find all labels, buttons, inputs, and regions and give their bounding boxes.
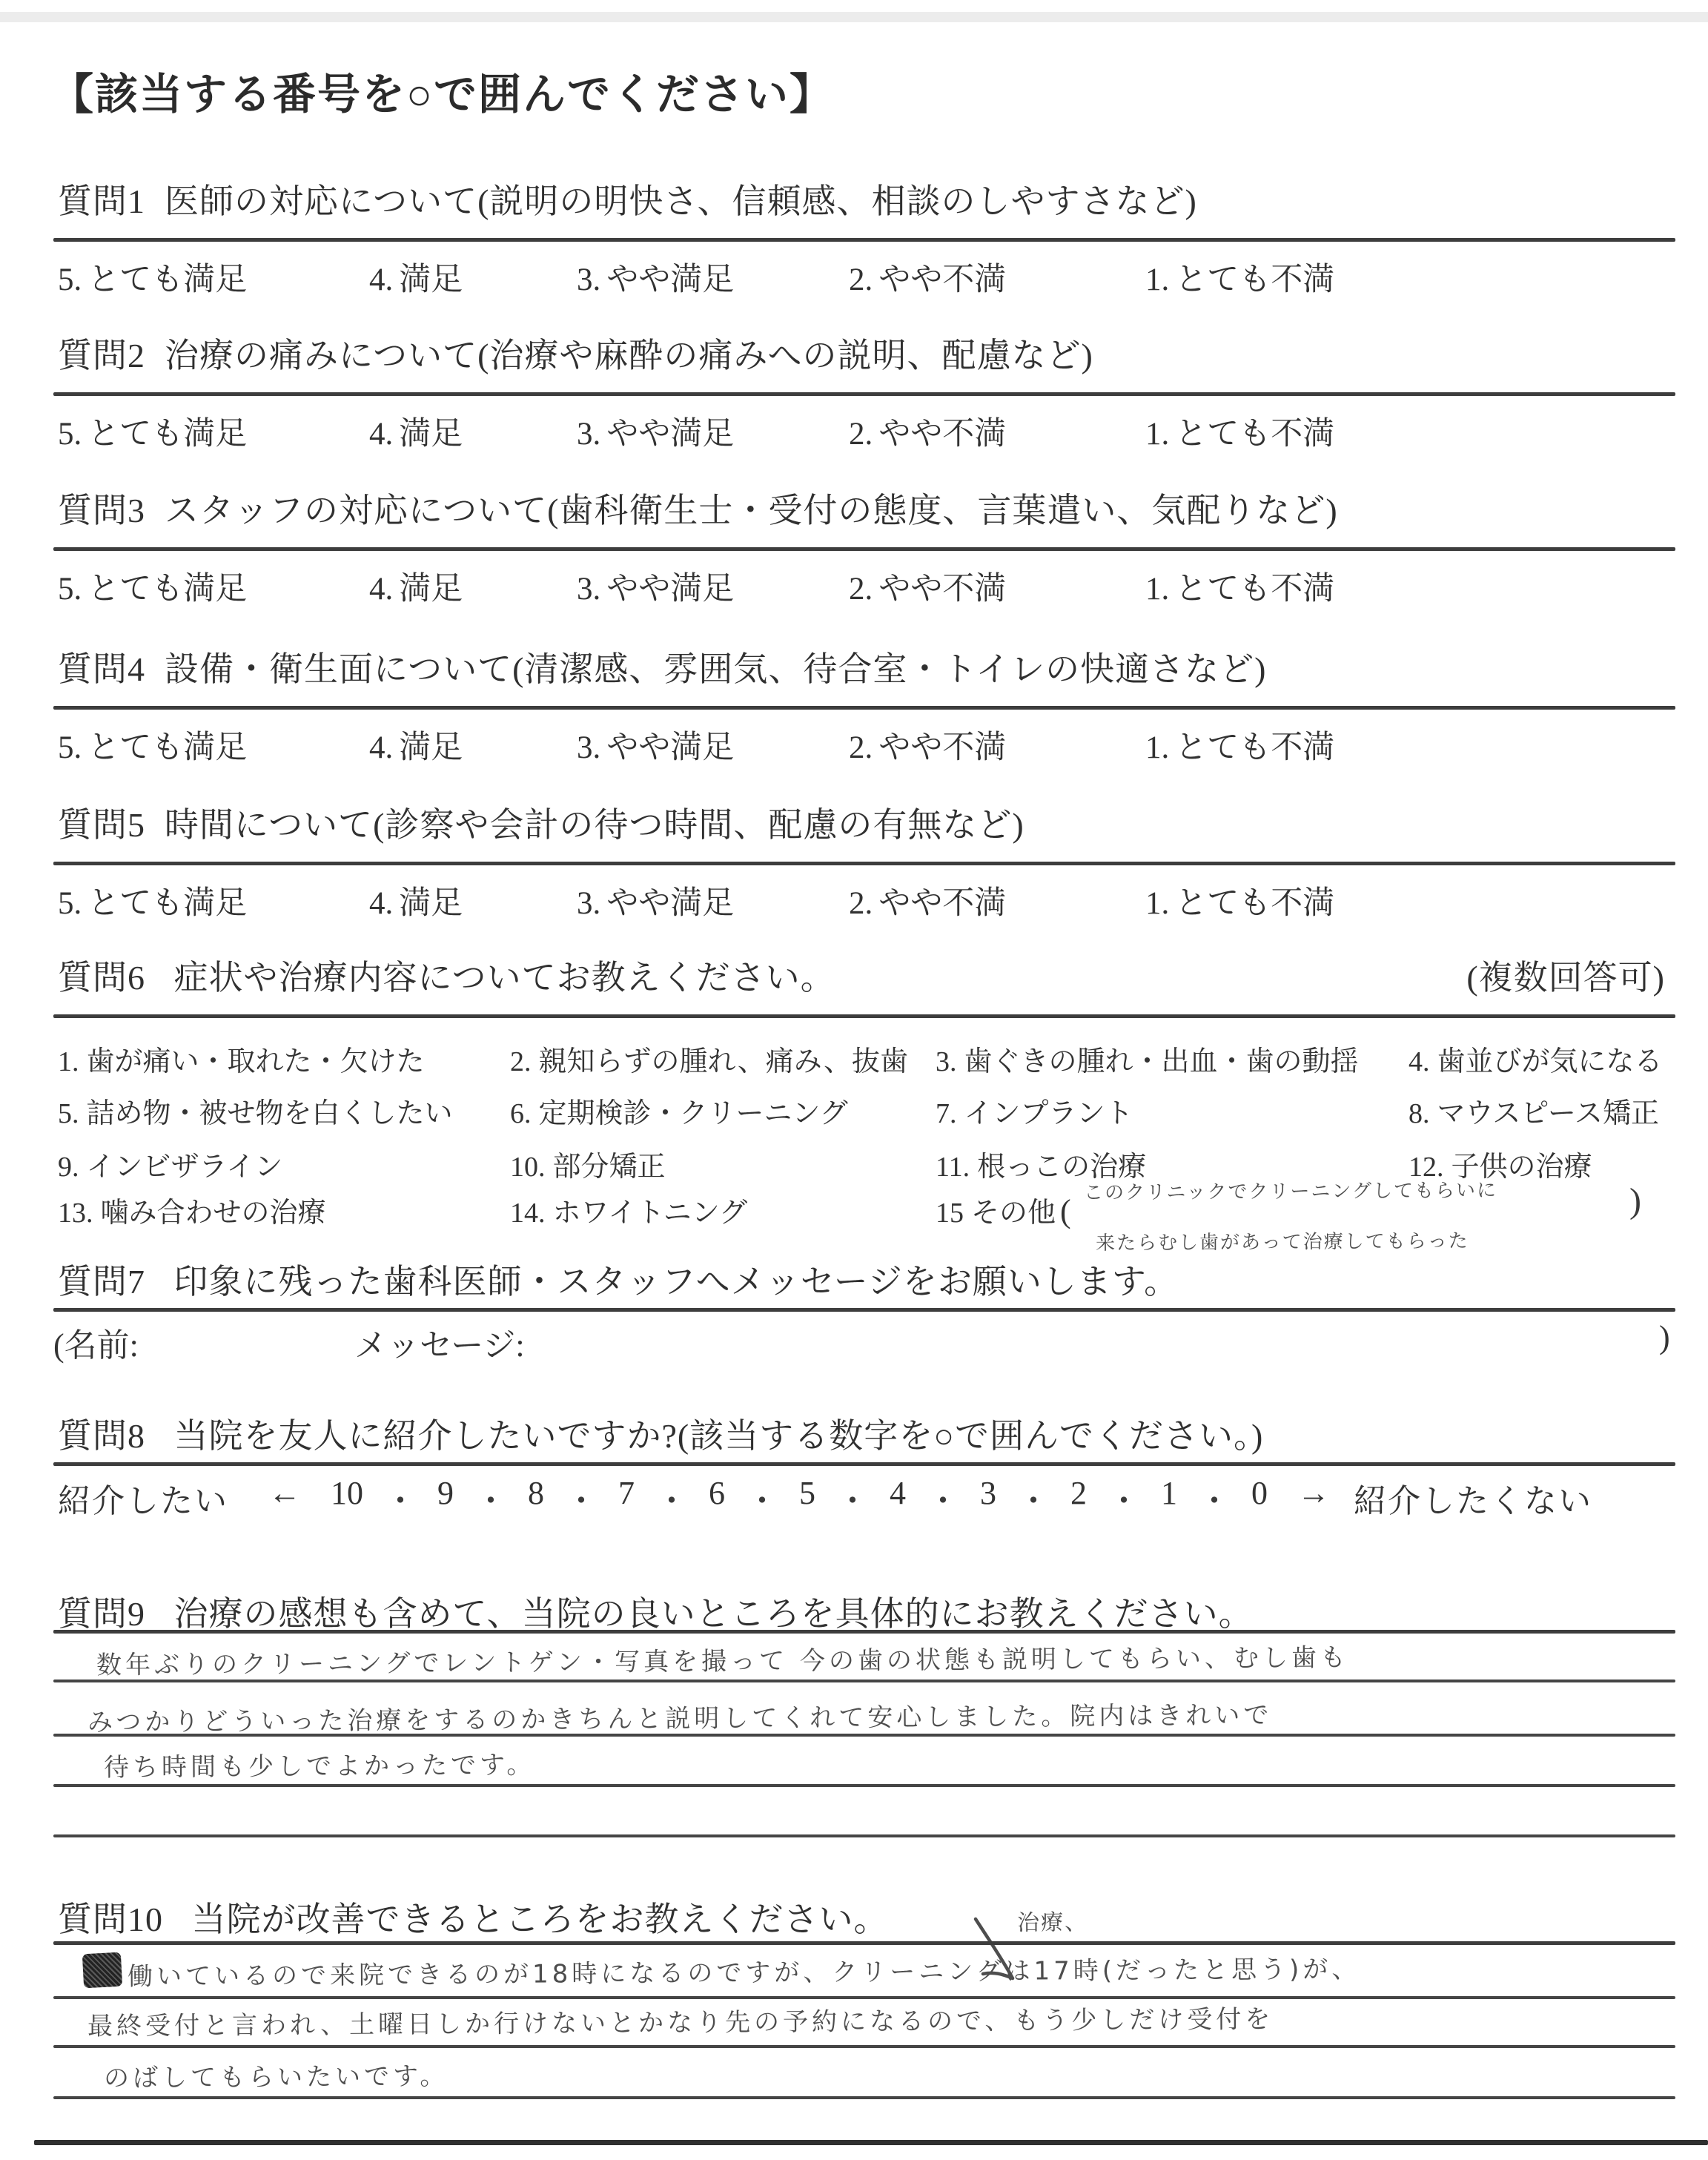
q6-item-15-label: その他 [971, 1198, 1056, 1229]
q8-separator-dot: ・ [1108, 1474, 1140, 1522]
q4-option-1-label: とても不満 [1175, 730, 1334, 765]
q8-scale-number-1: 1 [1161, 1474, 1177, 1512]
q6-item-6-label: 定期検診・クリーニング [539, 1098, 848, 1129]
q6-item-6: 6.定期検診・クリーニング [510, 1090, 848, 1131]
q8-left-label: 紹介したい [58, 1474, 228, 1522]
q2-divider [53, 392, 1675, 396]
q6-item-10-label: 部分矯正 [553, 1152, 666, 1183]
question-10-title: 当院が改善できるところをお教えください。 [192, 1900, 889, 1938]
q8-scale-number-7: 7 [618, 1474, 635, 1512]
q2-option-5: 5.とても満足 [58, 409, 247, 454]
q1-option-3-number: 3. [577, 262, 600, 298]
q10-handwritten-line-2: 最終受付と言われ、土曜日しか行けないとかなり先の予約になるので、もう少しだけ受付… [87, 1998, 1274, 2042]
q8-separator-dot: ・ [384, 1474, 417, 1522]
q8-scale-number-4: 4 [890, 1474, 906, 1512]
question-7-header: 質問7 印象に残った歯科医師・スタッフへメッセージをお願いします。 [58, 1255, 1179, 1304]
q3-option-2: 2.やや不満 [849, 564, 1006, 609]
q3-header: 質問3スタッフの対応について(歯科衛生士・受付の態度、言葉遣い、気配りなど) [58, 483, 1338, 532]
q3-option-3-number: 3. [577, 571, 600, 607]
q6-item-5-label: 詰め物・被せ物を白くしたい [87, 1098, 453, 1129]
q4-number: 質問4 [58, 650, 145, 688]
q6-item-6-number: 6. [510, 1097, 532, 1130]
q2-option-4-number: 4. [369, 416, 393, 452]
question-6-title: 症状や治療内容についてお教えください。 [174, 959, 835, 997]
q1-option-4-label: 満足 [399, 262, 463, 297]
q9-handwritten-line-1: 数年ぶりのクリーニングでレントゲン・写真を撮って 今の歯の状態も説明してもらい、… [96, 1637, 1349, 1681]
q8-separator-dot: ・ [836, 1474, 869, 1522]
question-6-number: 質問6 [58, 959, 145, 997]
q6-item-9-number: 9. [58, 1151, 79, 1183]
q6-item-1-number: 1. [58, 1046, 79, 1078]
q8-scale-number-6: 6 [709, 1474, 725, 1512]
q5-option-5-number: 5. [58, 885, 82, 922]
q6-item-14: 14.ホワイトニング [510, 1189, 747, 1230]
q2-option-5-label: とても満足 [87, 417, 247, 452]
q2-number: 質問2 [58, 337, 145, 374]
q5-option-3: 3.やや満足 [577, 878, 734, 923]
q6-other-handwriting-line-2: 来たらむし歯があって治療してもらった [1096, 1226, 1469, 1255]
q5-option-2-number: 2. [849, 885, 873, 922]
q5-header: 質問5時間について(診察や会計の待つ時間、配慮の有無など) [58, 798, 1025, 847]
q5-option-4-label: 満足 [399, 886, 463, 921]
q1-option-1: 1.とても不満 [1145, 254, 1334, 300]
q4-option-4-number: 4. [369, 730, 393, 766]
q8-scale-number-8: 8 [528, 1474, 544, 1512]
q4-title: 設備・衛生面について(清潔感、雰囲気、待合室・トイレの快適さなど) [165, 650, 1266, 688]
q6-item-8-label: マウスピース矯正 [1437, 1098, 1659, 1129]
q2-option-1-number: 1. [1145, 416, 1169, 452]
q4-option-4-label: 満足 [399, 730, 463, 765]
scanned-survey-page: 【該当する番号を○で囲んでください】 質問1医師の対応について(説明の明快さ、信… [0, 0, 1708, 2160]
q6-item-13-label: 噛み合わせの治療 [101, 1198, 326, 1229]
q6-item-1-label: 歯が痛い・取れた・欠けた [87, 1046, 425, 1077]
q3-option-2-number: 2. [849, 571, 873, 607]
q2-option-2-label: やや不満 [878, 417, 1006, 452]
q8-separator-dot: ・ [1017, 1474, 1050, 1522]
q8-scale-number-9: 9 [437, 1474, 454, 1512]
q5-number: 質問5 [58, 806, 145, 844]
q1-option-2-label: やや不満 [878, 262, 1006, 297]
q8-separator-dot: ・ [655, 1474, 688, 1522]
q5-option-1-label: とても不満 [1175, 886, 1334, 921]
q1-option-4: 4.満足 [369, 254, 463, 300]
q1-option-3: 3.やや満足 [577, 254, 734, 300]
q6-item-8-number: 8. [1409, 1097, 1430, 1130]
q3-option-3: 3.やや満足 [577, 564, 734, 609]
q4-option-4: 4.満足 [369, 722, 463, 767]
q6-item-9: 9.インビザライン [58, 1143, 282, 1184]
q6-other-handwriting-line-1: このクリニックでクリーニングしてもらいに [1084, 1175, 1497, 1205]
q3-option-1-label: とても不満 [1175, 572, 1334, 607]
q1-option-5-label: とても満足 [87, 262, 247, 297]
q4-option-5-number: 5. [58, 730, 82, 766]
q7-message-label: メッセージ: [354, 1318, 525, 1366]
q6-item-2-number: 2. [510, 1046, 532, 1078]
q3-divider [53, 547, 1675, 551]
q8-scale-number-0: 0 [1251, 1474, 1268, 1512]
q1-header: 質問1医師の対応について(説明の明快さ、信頼感、相談のしやすさなど) [58, 174, 1197, 223]
q2-option-1-label: とても不満 [1175, 417, 1334, 452]
q9-answer-line-rule-4 [53, 1834, 1675, 1837]
q6-item-7-number: 7. [936, 1097, 957, 1130]
q6-item-5-number: 5. [58, 1097, 79, 1130]
q9-answer-line-rule-1 [53, 1680, 1675, 1682]
q6-item-10-number: 10. [510, 1151, 546, 1183]
q2-option-2: 2.やや不満 [849, 409, 1006, 454]
q5-divider [53, 862, 1675, 865]
q3-option-3-label: やや満足 [606, 572, 734, 607]
q6-item-4: 4.歯並びが気になる [1409, 1038, 1663, 1079]
q6-item-14-number: 14. [510, 1197, 546, 1229]
q5-option-4-number: 4. [369, 885, 393, 922]
q5-option-2: 2.やや不満 [849, 878, 1006, 923]
q2-option-5-number: 5. [58, 416, 82, 452]
q2-option-3-number: 3. [577, 416, 600, 452]
q1-divider [53, 238, 1675, 242]
q5-option-3-number: 3. [577, 885, 600, 922]
q6-item-11-number: 11. [936, 1151, 970, 1183]
question-10-number: 質問10 [58, 1900, 163, 1938]
q6-item-15: 15その他( [936, 1189, 1071, 1230]
q6-item-3-number: 3. [936, 1046, 957, 1078]
q1-option-5: 5.とても満足 [58, 254, 247, 300]
q8-divider [53, 1462, 1675, 1466]
q6-item-3-label: 歯ぐきの腫れ・出血・歯の動揺 [964, 1046, 1359, 1077]
q3-option-5: 5.とても満足 [58, 564, 247, 609]
q4-option-2-number: 2. [849, 730, 873, 766]
q8-scale-number-5: 5 [799, 1474, 815, 1512]
q3-option-4: 4.満足 [369, 564, 463, 609]
q3-number: 質問3 [58, 492, 145, 529]
q10-answer-line-rule-2 [53, 2045, 1675, 2048]
bottom-page-rule [34, 2140, 1708, 2145]
q6-item-8: 8.マウスピース矯正 [1409, 1090, 1659, 1131]
q9-handwritten-line-3: 待ち時間も少しでよかったです。 [104, 1744, 536, 1783]
q1-option-5-number: 5. [58, 262, 82, 298]
q3-option-1: 1.とても不満 [1145, 564, 1334, 609]
question-9-title: 治療の感想も含めて、当院の良いところを具体的にお教えください。 [174, 1595, 1254, 1633]
q6-item-13-number: 13. [58, 1197, 93, 1229]
scan-edge-artifact [0, 12, 1708, 22]
q6-item-2-label: 親知らずの腫れ、痛み、抜歯 [539, 1046, 909, 1077]
q8-scale-number-2: 2 [1070, 1474, 1087, 1512]
scribbled-out-character [82, 1952, 122, 1989]
q6-other-close-paren: ) [1629, 1180, 1641, 1221]
q5-option-3-label: やや満足 [606, 886, 734, 921]
q6-item-4-number: 4. [1409, 1046, 1430, 1078]
q1-option-2: 2.やや不満 [849, 254, 1006, 300]
q6-item-5: 5.詰め物・被せ物を白くしたい [58, 1090, 453, 1131]
q2-header: 質問2治療の痛みについて(治療や麻酔の痛みへの説明、配慮など) [58, 328, 1093, 377]
q6-item-4-label: 歯並びが気になる [1437, 1046, 1663, 1077]
page-title: 【該当する番号を○で囲んでください】 [50, 59, 834, 122]
q6-item-13: 13.噛み合わせの治療 [58, 1189, 326, 1230]
q8-scale-number-3: 3 [980, 1474, 996, 1512]
q4-option-1: 1.とても不満 [1145, 722, 1334, 767]
q7-name-label: (名前: [53, 1318, 139, 1366]
q8-nps-scale: 紹介したい←10・9・8・7・6・5・4・3・2・1・0→紹介したくない [58, 1474, 1592, 1522]
q9-answer-line-rule-3 [53, 1784, 1675, 1787]
q6-item-10: 10.部分矯正 [510, 1143, 666, 1184]
q5-option-5: 5.とても満足 [58, 878, 247, 923]
q8-right-arrow: → [1297, 1474, 1330, 1512]
q1-title: 医師の対応について(説明の明快さ、信頼感、相談のしやすさなど) [165, 182, 1197, 220]
q6-divider [53, 1014, 1675, 1018]
q2-option-1: 1.とても不満 [1145, 409, 1334, 454]
q5-option-1: 1.とても不満 [1145, 878, 1334, 923]
q6-item-15-number: 15 [936, 1197, 964, 1229]
q8-separator-dot: ・ [746, 1474, 778, 1522]
q9-divider [53, 1630, 1675, 1634]
q2-option-3-label: やや満足 [606, 417, 734, 452]
q4-option-1-number: 1. [1145, 730, 1169, 766]
q10-answer-line-rule-1 [53, 1996, 1675, 1999]
q10-answer-line-rule-3 [53, 2096, 1675, 2099]
q10-divider [53, 1941, 1675, 1945]
q4-option-2-label: やや不満 [878, 730, 1006, 765]
q10-handwritten-line-1: 働いているので来院できるのが18時になるのですが、クリーニングは17時(だったと… [128, 1949, 1361, 1992]
q6-item-9-label: インビザライン [87, 1152, 283, 1183]
q8-separator-dot: ・ [1198, 1474, 1231, 1522]
q10-handwritten-line-3: のばしてもらいたいです。 [104, 2055, 449, 2094]
q2-title: 治療の痛みについて(治療や麻酔の痛みへの説明、配慮など) [165, 337, 1093, 374]
q2-option-3: 3.やや満足 [577, 409, 734, 454]
q5-option-5-label: とても満足 [87, 886, 247, 921]
q3-title: スタッフの対応について(歯科衛生士・受付の態度、言葉遣い、気配りなど) [165, 492, 1338, 529]
q4-divider [53, 706, 1675, 710]
q2-option-4: 4.満足 [369, 409, 463, 454]
q4-option-5-label: とても満足 [87, 730, 247, 765]
q3-option-5-label: とても満足 [87, 572, 247, 607]
q6-multi-answer-note: (複数回答可) [1466, 951, 1665, 1000]
question-7-title: 印象に残った歯科医師・スタッフへメッセージをお願いします。 [174, 1263, 1179, 1301]
q8-right-label: 紹介したくない [1354, 1474, 1592, 1522]
q5-option-4: 4.満足 [369, 878, 463, 923]
q6-item-1: 1.歯が痛い・取れた・欠けた [58, 1038, 425, 1079]
q5-option-1-number: 1. [1145, 885, 1169, 922]
q8-separator-dot: ・ [565, 1474, 598, 1522]
q1-option-1-number: 1. [1145, 262, 1169, 298]
q5-title: 時間について(診察や会計の待つ時間、配慮の有無など) [165, 806, 1025, 844]
question-10-header: 質問10 当院が改善できるところをお教えください。 [58, 1892, 889, 1941]
q8-separator-dot: ・ [474, 1474, 507, 1522]
question-6-header: 質問6 症状や治療内容についてお教えください。 [58, 951, 835, 1000]
q2-option-4-label: 満足 [399, 417, 463, 452]
q4-option-3-label: やや満足 [606, 730, 734, 765]
q2-option-2-number: 2. [849, 416, 873, 452]
q6-other-open-paren: ( [1060, 1193, 1071, 1229]
q6-item-7-label: インプラント [964, 1098, 1133, 1129]
q1-option-3-label: やや満足 [606, 262, 734, 297]
q3-option-5-number: 5. [58, 571, 82, 607]
q4-option-5: 5.とても満足 [58, 722, 247, 767]
q3-option-4-label: 満足 [399, 572, 463, 607]
question-8-title: 当院を友人に紹介したいですか?(該当する数字を○で囲んでください。) [174, 1417, 1264, 1455]
q5-option-2-label: やや不満 [878, 886, 1006, 921]
q6-item-3: 3.歯ぐきの腫れ・出血・歯の動揺 [936, 1038, 1359, 1079]
q6-item-7: 7.インプラント [936, 1090, 1133, 1131]
q6-item-2: 2.親知らずの腫れ、痛み、抜歯 [510, 1038, 908, 1079]
q4-option-2: 2.やや不満 [849, 722, 1006, 767]
q3-option-4-number: 4. [369, 571, 393, 607]
q4-header: 質問4設備・衛生面について(清潔感、雰囲気、待合室・トイレの快適さなど) [58, 642, 1266, 691]
q7-divider [53, 1308, 1675, 1312]
q8-separator-dot: ・ [927, 1474, 959, 1522]
q7-close-paren: ) [1659, 1318, 1670, 1356]
q8-scale-number-10: 10 [331, 1474, 363, 1512]
q9-handwritten-line-2: みつかりどういった治療をするのかきちんと説明してくれて安心しました。院内はきれい… [87, 1694, 1273, 1738]
q1-number: 質問1 [58, 182, 145, 220]
question-9-header: 質問9 治療の感想も含めて、当院の良いところを具体的にお教えください。 [58, 1587, 1254, 1636]
q4-option-3: 3.やや満足 [577, 722, 734, 767]
q4-option-3-number: 3. [577, 730, 600, 766]
q1-option-4-number: 4. [369, 262, 393, 298]
q1-option-2-number: 2. [849, 262, 873, 298]
q3-option-1-number: 1. [1145, 571, 1169, 607]
question-8-number: 質問8 [58, 1417, 145, 1455]
question-8-header: 質問8 当院を友人に紹介したいですか?(該当する数字を○で囲んでください。) [58, 1409, 1263, 1458]
q6-item-14-label: ホワイトニング [553, 1198, 748, 1229]
q8-left-arrow: ← [268, 1474, 301, 1512]
q3-option-2-label: やや不満 [878, 572, 1006, 607]
q1-option-1-label: とても不満 [1175, 262, 1334, 297]
question-9-number: 質問9 [58, 1595, 145, 1633]
question-7-number: 質問7 [58, 1263, 145, 1301]
